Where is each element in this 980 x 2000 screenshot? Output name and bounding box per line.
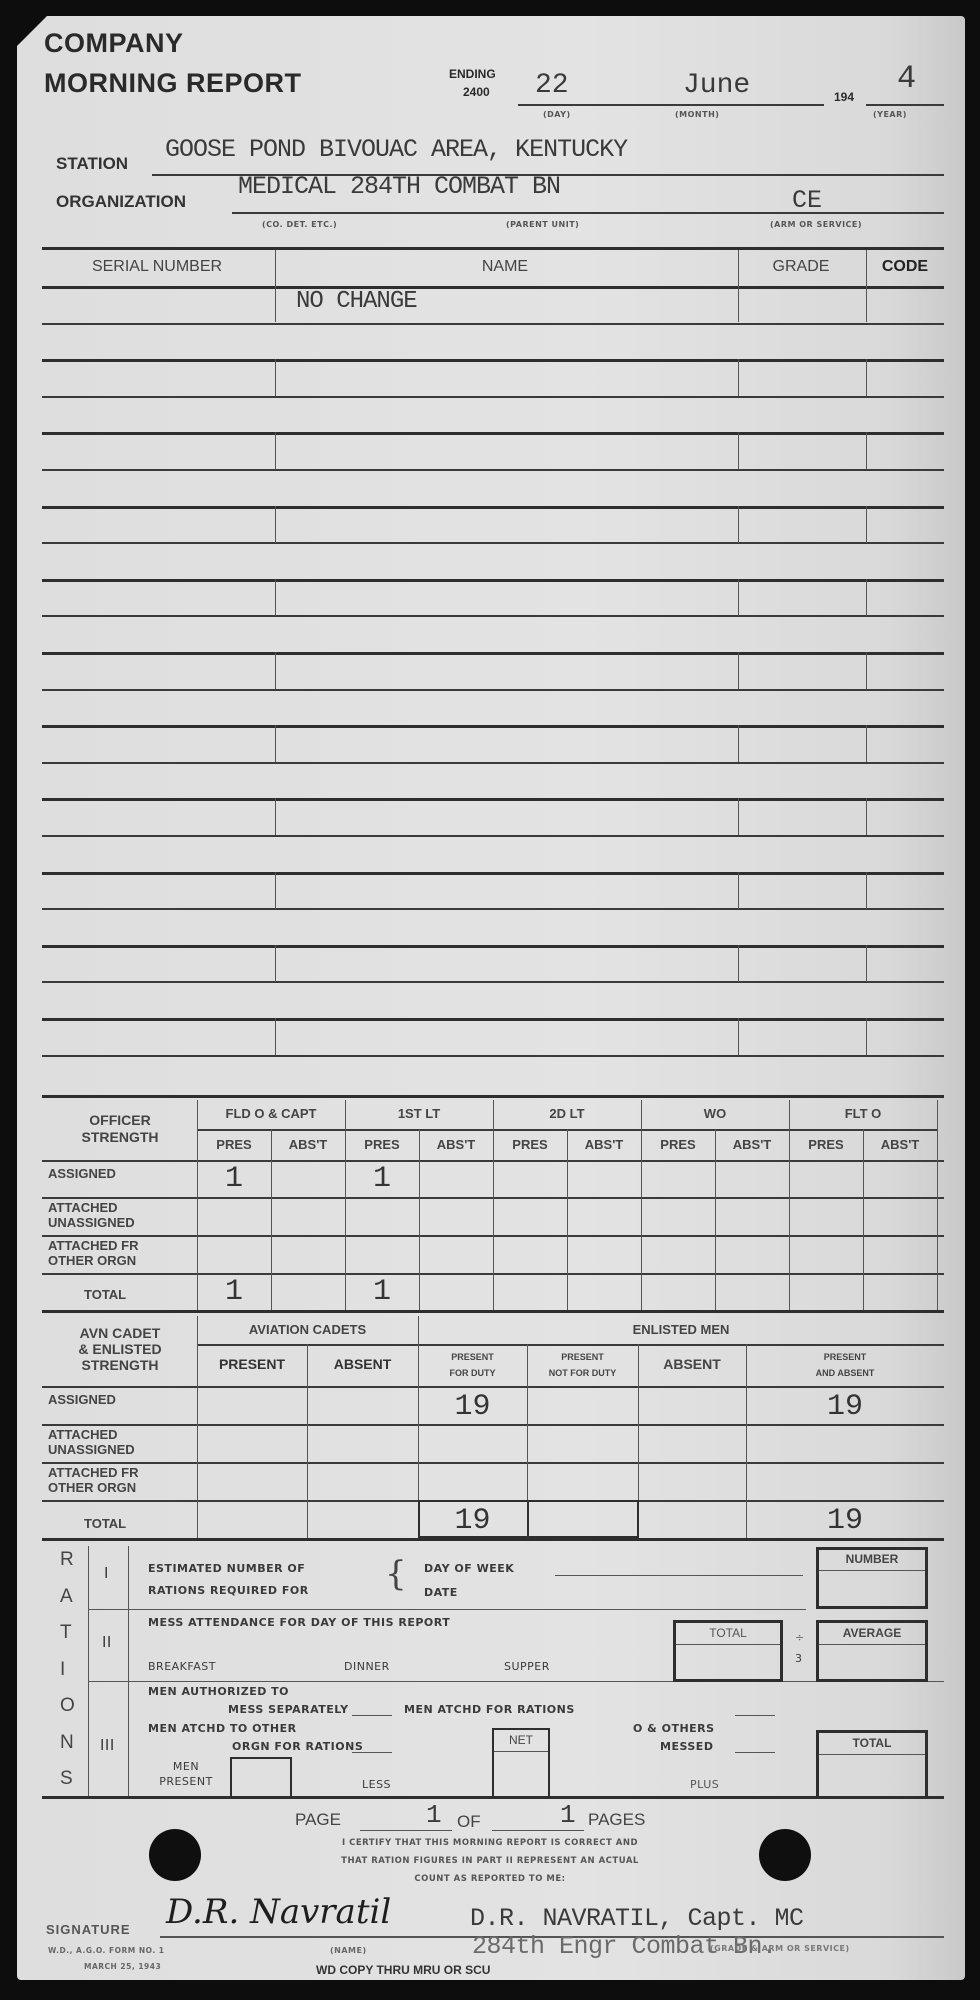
date-label: DATE — [424, 1586, 458, 1599]
mess-attendance-title: MESS ATTENDANCE FOR DAY OF THIS REPORT — [148, 1616, 450, 1629]
column-divider — [738, 250, 739, 322]
day-caption: (DAY) — [543, 110, 571, 119]
column-divider — [738, 359, 739, 396]
table-row-rule — [42, 981, 944, 983]
column-divider — [275, 432, 276, 469]
table-row-rule — [42, 469, 944, 471]
column-divider — [738, 506, 739, 543]
table-row-rule — [42, 579, 944, 582]
table-row-rule — [42, 835, 944, 837]
mess-total-divider — [676, 1644, 780, 1645]
year-prefix: 194 — [834, 90, 854, 104]
officer-strength-title: OFFICER STRENGTH — [42, 1112, 198, 1146]
part1-numeral: I — [104, 1564, 109, 1582]
enlisted-subheader-rule — [197, 1344, 944, 1346]
pages-label: PAGES — [588, 1810, 645, 1830]
officer-cell[interactable]: 1 — [345, 1275, 419, 1309]
officer-subheader: ABS'T — [567, 1137, 641, 1152]
others-line2: MESSED — [660, 1740, 713, 1753]
rations-letter: R — [60, 1549, 74, 1571]
table-row-rule — [42, 1018, 944, 1021]
column-divider — [866, 579, 867, 616]
officer-row-label: ASSIGNED — [48, 1166, 116, 1181]
officer-group-header: FLD O & CAPT — [197, 1106, 345, 1121]
others-line1: O & OTHERS — [633, 1722, 715, 1735]
officer-row-label: ATTACHEDUNASSIGNED — [48, 1200, 135, 1230]
officer-subheader: PRES — [493, 1137, 567, 1152]
officer-column-divider — [567, 1129, 568, 1310]
rations-bottom-rule — [42, 1796, 944, 1799]
signature-label: SIGNATURE — [46, 1922, 131, 1937]
aviation-cadets-header: AVIATION CADETS — [197, 1322, 418, 1337]
enlisted-row-label: TOTAL — [84, 1516, 126, 1531]
officer-cell[interactable]: 1 — [345, 1162, 419, 1196]
officer-column-divider — [641, 1100, 642, 1310]
enlisted-row-rule — [42, 1424, 944, 1426]
officer-subheader: PRES — [345, 1137, 419, 1152]
page-number[interactable]: 1 — [426, 1800, 442, 1830]
officer-subheader: PRES — [641, 1137, 715, 1152]
officer-title-line1: OFFICER — [42, 1112, 198, 1129]
enlisted-title-line1: AVN CADET — [42, 1325, 198, 1341]
rations-letter: A — [60, 1586, 73, 1608]
rations-letter: N — [60, 1732, 74, 1754]
dinner-label: DINNER — [344, 1660, 390, 1673]
rations-total-label: TOTAL — [819, 1736, 925, 1750]
officer-title-line2: STRENGTH — [42, 1129, 198, 1146]
page-label: PAGE — [295, 1810, 341, 1830]
officer-subheader: ABS'T — [715, 1137, 789, 1152]
column-divider — [738, 1018, 739, 1055]
column-divider — [738, 872, 739, 909]
table-row-rule — [42, 725, 944, 728]
officer-cell[interactable]: 1 — [197, 1162, 271, 1196]
column-divider — [738, 798, 739, 835]
signature-script[interactable]: D.R. Navratil — [166, 1892, 391, 1932]
enlisted-subheader: PRESENTNOT FOR DUTY — [527, 1349, 638, 1381]
officer-group-header: 2D LT — [493, 1106, 641, 1121]
column-divider — [275, 872, 276, 909]
arm-caption: (ARM OR SERVICE) — [770, 220, 862, 229]
certify-line1: I CERTIFY THAT THIS MORNING REPORT IS CO… — [270, 1838, 710, 1848]
form-title-line1: COMPANY — [44, 28, 184, 59]
enlisted-row-label: ASSIGNED — [48, 1392, 116, 1407]
column-divider — [275, 798, 276, 835]
certify-line2: THAT RATION FIGURES IN PART II REPRESENT… — [270, 1856, 710, 1866]
men-present-box[interactable] — [230, 1757, 292, 1796]
officer-row-label: TOTAL — [84, 1287, 126, 1302]
section-rule — [42, 1095, 944, 1098]
ending-time: 2400 — [463, 85, 490, 99]
average-label: AVERAGE — [819, 1626, 925, 1640]
part1-line1: ESTIMATED NUMBER OF — [148, 1562, 305, 1575]
day-of-week-field[interactable] — [555, 1575, 803, 1576]
plus-label: PLUS — [690, 1778, 719, 1791]
column-divider — [275, 359, 276, 396]
column-divider — [275, 945, 276, 982]
men-present-line2: PRESENT — [148, 1774, 224, 1789]
enlisted-subheader: PRESENTAND ABSENT — [746, 1349, 944, 1381]
column-divider — [866, 945, 867, 982]
table-row-rule — [42, 762, 944, 764]
average-divider — [819, 1644, 925, 1645]
copy-note: WD COPY THRU MRU OR SCU — [316, 1963, 490, 1977]
auth-line1: MEN AUTHORIZED TO — [148, 1685, 289, 1698]
auth-line2: MESS SEPARATELY — [228, 1703, 349, 1716]
enlisted-cell[interactable]: 19 — [746, 1504, 944, 1538]
column-divider — [738, 579, 739, 616]
ending-label: ENDING — [449, 67, 496, 81]
column-divider — [275, 1018, 276, 1055]
net-divider — [494, 1751, 548, 1752]
column-divider — [866, 250, 867, 322]
station-label: STATION — [56, 154, 128, 174]
officer-group-header: 1ST LT — [345, 1106, 493, 1121]
year-digit[interactable]: 4 — [897, 60, 916, 97]
table-row-rule — [42, 945, 944, 948]
table-row-rule — [42, 1055, 944, 1057]
table-row-rule — [42, 615, 944, 617]
part2-numeral: II — [102, 1633, 112, 1651]
column-divider — [866, 359, 867, 396]
officer-subheader: ABS'T — [863, 1137, 937, 1152]
certify-line3: COUNT AS REPORTED TO ME: — [270, 1874, 710, 1884]
average-box[interactable]: AVERAGE — [816, 1620, 928, 1682]
table-top-rule — [42, 247, 944, 250]
table-row-rule — [42, 396, 944, 398]
enlisted-row-rule — [42, 1462, 944, 1464]
total-box-divider — [527, 1500, 529, 1538]
page-number-underline — [360, 1830, 452, 1831]
col-header-grade: GRADE — [738, 258, 864, 276]
organization-value[interactable]: MEDICAL 284TH COMBAT BN — [238, 172, 560, 201]
enlisted-title-line2: & ENLISTED — [42, 1341, 198, 1357]
rations-divider-1 — [88, 1546, 89, 1796]
enlisted-cell[interactable]: 19 — [418, 1390, 527, 1424]
column-divider — [738, 432, 739, 469]
net-label: NET — [494, 1733, 548, 1747]
rations-part1-rule — [88, 1609, 806, 1610]
col-header-name: NAME — [275, 258, 735, 276]
enlisted-row-label: ATTACHED FROTHER ORGN — [48, 1465, 139, 1495]
punch-hole-left — [149, 1829, 201, 1881]
table-row-rule — [42, 542, 944, 544]
typed-name: D.R. NAVRATIL, Capt. MC — [470, 1904, 804, 1933]
officer-group-header: FLT O — [789, 1106, 937, 1121]
mess-total-box[interactable]: TOTAL — [673, 1620, 783, 1682]
enlisted-row-rule — [42, 1386, 944, 1388]
officer-column-divider — [715, 1129, 716, 1310]
net-box[interactable]: NET — [492, 1728, 550, 1796]
enlisted-title-line3: STRENGTH — [42, 1357, 198, 1373]
officer-column-divider — [419, 1129, 420, 1310]
table-row-rule — [42, 798, 944, 801]
breakfast-label: BREAKFAST — [148, 1660, 216, 1673]
enlisted-bottom-rule — [42, 1538, 944, 1541]
column-divider — [275, 506, 276, 543]
table-row-rule — [42, 506, 944, 509]
divisor: 3 — [795, 1652, 803, 1665]
number-box-divider — [819, 1570, 925, 1571]
officer-column-divider — [493, 1100, 494, 1310]
men-present-label: MEN PRESENT — [148, 1759, 224, 1789]
enlisted-row-label: ATTACHEDUNASSIGNED — [48, 1427, 135, 1457]
column-divider — [866, 432, 867, 469]
year-underline — [866, 104, 944, 106]
officer-column-divider — [863, 1129, 864, 1310]
column-divider — [866, 872, 867, 909]
station-value[interactable]: GOOSE POND BIVOUAC AREA, KENTUCKY — [165, 135, 627, 164]
organization-underline — [232, 212, 944, 214]
enlisted-column-divider — [307, 1344, 308, 1538]
column-divider — [866, 652, 867, 689]
mess-separately-field[interactable] — [352, 1715, 392, 1716]
form-number: W.D., A.G.O. FORM NO. 1 — [48, 1946, 165, 1955]
part1-line2: RATIONS REQUIRED FOR — [148, 1584, 309, 1597]
parent-caption: (PARENT UNIT) — [506, 220, 579, 229]
column-divider — [738, 725, 739, 762]
total-pages-underline — [492, 1830, 584, 1831]
organization-label: ORGANIZATION — [56, 192, 186, 212]
atchd-other-line2: ORGN FOR RATIONS — [232, 1740, 363, 1753]
table-row-rule — [42, 432, 944, 435]
officer-row-label: ATTACHED FROTHER ORGN — [48, 1238, 139, 1268]
rations-letter: O — [60, 1695, 75, 1717]
month-caption: (MONTH) — [675, 110, 719, 119]
officer-subheader: PRES — [789, 1137, 863, 1152]
date-underline — [518, 104, 824, 106]
table-row-rule — [42, 872, 944, 875]
rations-letter: T — [60, 1622, 72, 1644]
table-row-rule — [42, 908, 944, 910]
month-value[interactable]: June — [683, 70, 750, 101]
column-divider — [738, 652, 739, 689]
others-messed-field[interactable] — [735, 1752, 775, 1753]
officer-column-divider — [937, 1100, 938, 1310]
co-caption: (CO. DET. ETC.) — [262, 220, 337, 229]
column-divider — [275, 652, 276, 689]
table-row-rule — [42, 652, 944, 655]
column-divider — [866, 506, 867, 543]
rations-divider-2 — [128, 1546, 129, 1796]
col-header-serial: SERIAL NUMBER — [52, 258, 262, 276]
officer-subheader: PRES — [197, 1137, 271, 1152]
mess-total-label: TOTAL — [676, 1626, 780, 1640]
day-value[interactable]: 22 — [535, 70, 569, 101]
officer-cell[interactable]: 1 — [197, 1275, 271, 1309]
grade-arm-caption: (GRADE & ARM OR SERVICE) — [710, 1944, 850, 1953]
column-divider — [275, 250, 276, 322]
column-divider — [866, 1018, 867, 1055]
rations-letter: S — [60, 1768, 73, 1790]
column-divider — [275, 725, 276, 762]
men-present-line1: MEN — [148, 1759, 224, 1774]
officer-column-divider — [271, 1129, 272, 1310]
atchd-for-rations-label: MEN ATCHD FOR RATIONS — [404, 1703, 575, 1716]
table-row-rule — [42, 323, 944, 325]
year-caption: (YEAR) — [873, 110, 907, 119]
atchd-other-line1: MEN ATCHD TO OTHER — [148, 1722, 297, 1735]
header-rule — [42, 286, 944, 289]
day-of-week-label: DAY OF WEEK — [424, 1562, 514, 1575]
table-row-rule — [42, 359, 944, 362]
of-label: OF — [457, 1812, 481, 1832]
divide-symbol: ÷ — [795, 1631, 805, 1644]
column-divider — [866, 798, 867, 835]
part3-numeral: III — [100, 1736, 115, 1754]
enlisted-men-header: ENLISTED MEN — [418, 1322, 944, 1337]
form-date: MARCH 25, 1943 — [84, 1962, 161, 1971]
atchd-other-field[interactable] — [352, 1752, 392, 1753]
enlisted-cell[interactable]: 19 — [746, 1390, 944, 1424]
enlisted-subheader: PRESENTFOR DUTY — [418, 1349, 527, 1381]
column-divider — [275, 579, 276, 616]
rations-letter: I — [60, 1659, 65, 1681]
total-pages[interactable]: 1 — [560, 1800, 576, 1830]
part1-brace: { — [385, 1554, 407, 1594]
officer-bottom-rule — [42, 1310, 944, 1313]
punch-hole-right — [759, 1829, 811, 1881]
enlisted-strength-title: AVN CADET & ENLISTED STRENGTH — [42, 1325, 198, 1373]
enlisted-column-divider — [197, 1316, 198, 1538]
supper-label: SUPPER — [504, 1660, 550, 1673]
officer-subheader: ABS'T — [271, 1137, 345, 1152]
officer-subheader: ABS'T — [419, 1137, 493, 1152]
table-row-rule — [42, 689, 944, 691]
col-header-code: CODE — [866, 258, 944, 276]
form-title-line2: MORNING REPORT — [44, 68, 302, 99]
officer-column-divider — [789, 1100, 790, 1310]
number-box-label: NUMBER — [819, 1552, 925, 1566]
number-box[interactable]: NUMBER — [816, 1547, 928, 1609]
atchd-for-rations-field[interactable] — [735, 1715, 775, 1716]
officer-group-header: WO — [641, 1106, 789, 1121]
row-1-name[interactable]: NO CHANGE — [296, 288, 417, 315]
cadet-subheader: PRESENT — [197, 1356, 307, 1372]
name-caption: (NAME) — [330, 1946, 367, 1955]
rations-total-divider — [819, 1754, 925, 1755]
column-divider — [866, 725, 867, 762]
enlisted-subheader: ABSENT — [638, 1356, 746, 1372]
arm-value[interactable]: CE — [792, 186, 822, 215]
less-label: LESS — [362, 1778, 391, 1791]
cadet-subheader: ABSENT — [307, 1356, 418, 1372]
rations-total-box[interactable]: TOTAL — [816, 1730, 928, 1796]
column-divider — [738, 945, 739, 982]
